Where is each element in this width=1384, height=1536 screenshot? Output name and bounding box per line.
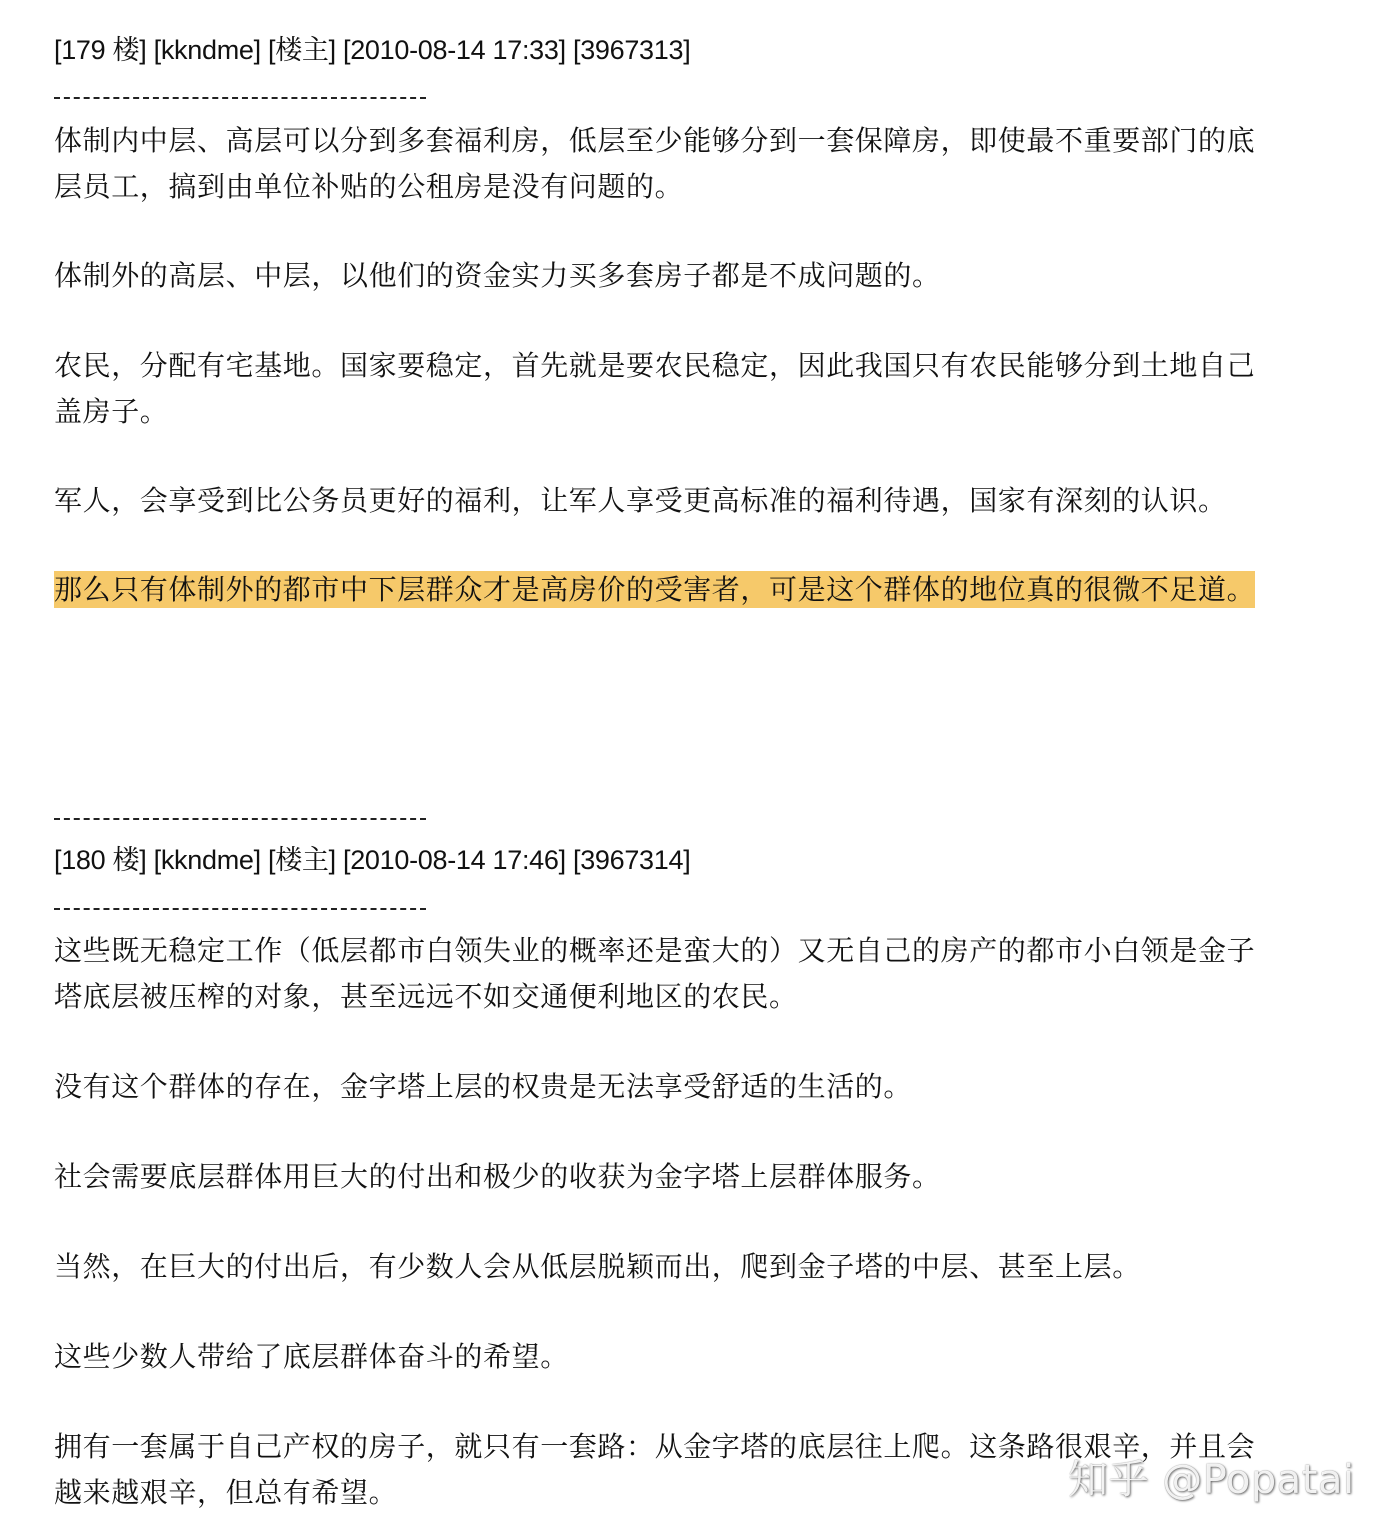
- post-180-paragraph-3: 社会需要底层群体用巨大的付出和极少的收获为金字塔上层群体服务。: [54, 1154, 1259, 1200]
- post-179-paragraph-4: 军人，会享受到比公务员更好的福利，让军人享受更高标准的福利待遇，国家有深刻的认识…: [54, 478, 1259, 524]
- separator-rule: [54, 97, 426, 99]
- post-179-paragraph-1: 体制内中层、高层可以分到多套福利房，低层至少能够分到一套保障房，即使最不重要部门…: [54, 118, 1259, 210]
- highlighted-text: 那么只有体制外的都市中下层群众才是高房价的受害者，可是这个群体的地位真的很微不足…: [54, 571, 1255, 608]
- post-180-paragraph-2: 没有这个群体的存在，金字塔上层的权贵是无法享受舒适的生活的。: [54, 1064, 1259, 1110]
- post-179-paragraph-3: 农民，分配有宅基地。国家要稳定，首先就是要农民稳定，因此我国只有农民能够分到土地…: [54, 343, 1259, 435]
- post-header-179: [179 楼] [kkndme] [楼主] [2010-08-14 17:33]…: [54, 32, 690, 68]
- zhihu-watermark: 知乎 @Popatai: [1068, 1448, 1355, 1505]
- separator-rule: [54, 818, 426, 820]
- post-180-paragraph-5: 这些少数人带给了底层群体奋斗的希望。: [54, 1334, 1259, 1380]
- post-header-180: [180 楼] [kkndme] [楼主] [2010-08-14 17:46]…: [54, 842, 690, 878]
- post-179-paragraph-2: 体制外的高层、中层，以他们的资金实力买多套房子都是不成问题的。: [54, 253, 1259, 299]
- post-180-paragraph-4: 当然，在巨大的付出后，有少数人会从低层脱颖而出，爬到金子塔的中层、甚至上层。: [54, 1244, 1259, 1290]
- post-180-paragraph-1: 这些既无稳定工作（低层都市白领失业的概率还是蛮大的）又无自己的房产的都市小白领是…: [54, 928, 1259, 1020]
- separator-rule: [54, 908, 426, 910]
- post-179-paragraph-5-highlighted: 那么只有体制外的都市中下层群众才是高房价的受害者，可是这个群体的地位真的很微不足…: [54, 567, 1259, 613]
